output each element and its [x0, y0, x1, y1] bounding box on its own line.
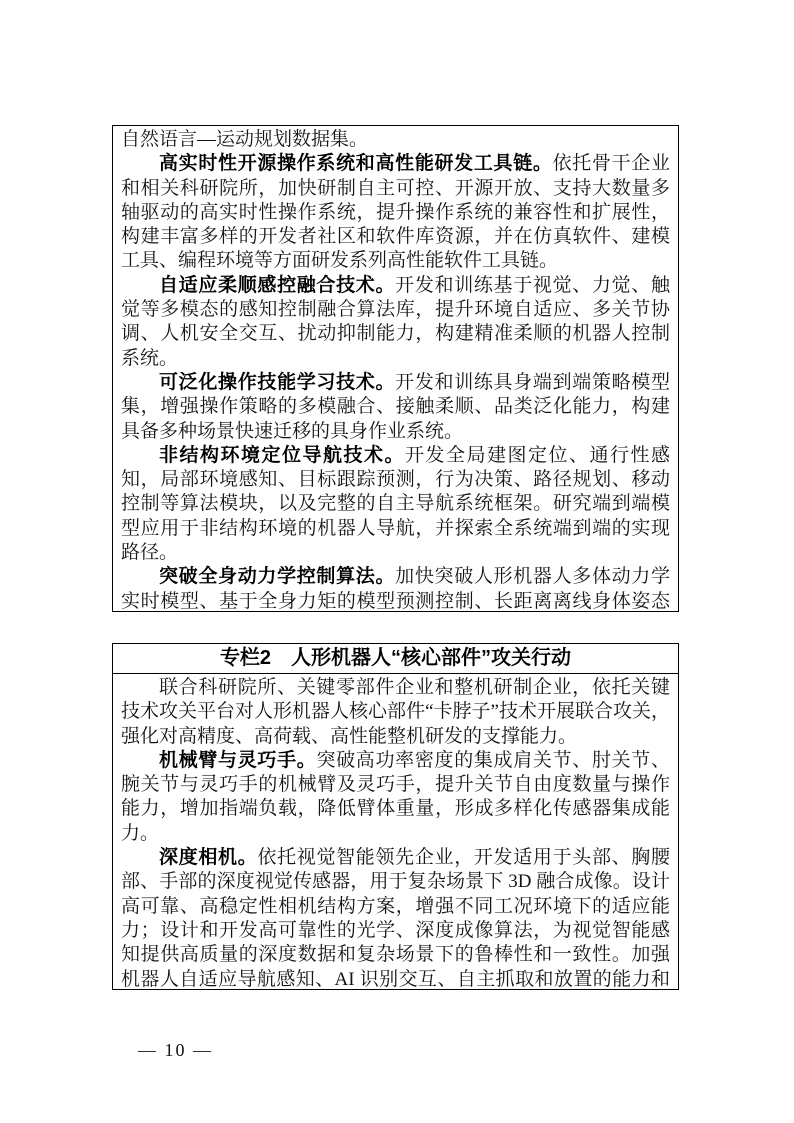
- paragraph: 机械臂与灵巧手。突破高功率密度的集成肩关节、肘关节、腕关节与灵巧手的机械臂及灵巧…: [121, 749, 670, 846]
- paragraph-text: 自然语言—运动规划数据集。: [121, 129, 368, 150]
- paragraph: 可泛化操作技能学习技术。开发和训练具身端到端策略模型集，增强操作策略的多模融合、…: [121, 371, 670, 444]
- paragraph-lead: 可泛化操作技能学习技术。: [159, 372, 395, 393]
- paragraph: 高实时性开源操作系统和高性能研发工具链。依托骨干企业和相关科研院所，加快研制自主…: [121, 152, 670, 273]
- paragraph-lead: 高实时性开源操作系统和高性能研发工具链。: [159, 153, 553, 174]
- paragraph-lead: 突破全身动力学控制算法。: [159, 566, 395, 587]
- paragraph: 非结构环境定位导航技术。开发全局建图定位、通行性感知，局部环境感知、目标跟踪预测…: [121, 444, 670, 565]
- paragraph-lead: 机械臂与灵巧手。: [159, 750, 316, 771]
- paragraph-lead: 深度相机。: [159, 847, 257, 868]
- page-number: — 10 —: [138, 1040, 213, 1061]
- paragraph-lead: 非结构环境定位导航技术。: [159, 445, 405, 466]
- paragraph-lead: 自适应柔顺感控融合技术。: [159, 275, 395, 296]
- paragraph: 深度相机。依托视觉智能领先企业，开发适用于头部、胸腰部、手部的深度视觉传感器，用…: [121, 846, 670, 990]
- box-column2-body: 联合科研院所、关键零部件企业和整机研制企业，依托关键技术攻关平台对人形机器人核心…: [113, 674, 678, 990]
- paragraph: 自然语言—运动规划数据集。: [121, 128, 670, 152]
- paragraph: 突破全身动力学控制算法。加快突破人形机器人多体动力学实时模型、基于全身力矩的模型…: [121, 565, 670, 612]
- paragraph-text: 联合科研院所、关键零部件企业和整机研制企业，依托关键技术攻关平台对人形机器人核心…: [121, 677, 670, 747]
- box-column2-core-components: 专栏2 人形机器人“核心部件”攻关行动 联合科研院所、关键零部件企业和整机研制企…: [112, 643, 679, 990]
- paragraph: 联合科研院所、关键零部件企业和整机研制企业，依托关键技术攻关平台对人形机器人核心…: [121, 676, 670, 749]
- column2-title: 专栏2 人形机器人“核心部件”攻关行动: [113, 644, 678, 674]
- document-page: 自然语言—运动规划数据集。 高实时性开源操作系统和高性能研发工具链。依托骨干企业…: [0, 0, 794, 1123]
- paragraph: 自适应柔顺感控融合技术。开发和训练基于视觉、力觉、触觉等多模态的感知控制融合算法…: [121, 274, 670, 371]
- box-key-technology-continued: 自然语言—运动规划数据集。 高实时性开源操作系统和高性能研发工具链。依托骨干企业…: [112, 125, 679, 612]
- box-key-technology-body: 自然语言—运动规划数据集。 高实时性开源操作系统和高性能研发工具链。依托骨干企业…: [113, 126, 678, 612]
- paragraph-text: 依托视觉智能领先企业，开发适用于头部、胸腰部、手部的深度视觉传感器，用于复杂场景…: [121, 847, 670, 990]
